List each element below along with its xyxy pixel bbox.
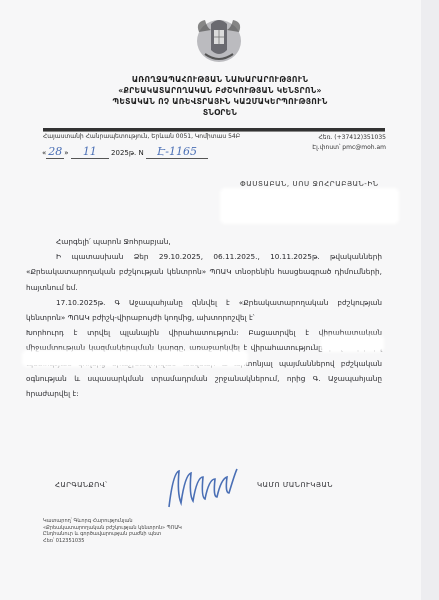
executor-position: Ընդհանուր և գործավարության բաժնի պետ [43,531,182,538]
ministry-name: ԱՌՈՂՋԱՊԱՀՈՒԹՅԱՆ ՆԱԽԱՐԱՐՈՒԹՅՈՒՆ [60,74,380,85]
signer-name: ԿԱՄՈ ՄԱՆՈՒԿՅԱՆ [257,481,333,489]
org-contacts: Հեռ. (+37412)351035 Էլ.փոստ՝ pmc@moh.am [300,133,386,153]
date-month: 11 [71,145,109,159]
org-email: Էլ.փոստ՝ pmc@moh.am [300,143,386,153]
redaction-box [322,337,382,350]
redaction-box [24,352,246,365]
org-type: ՊԵՏԱԿԱՆ ՈՉ ԱՌԵՎՏՐԱՅԻՆ ԿԱԶՄԱԿԵՐՊՈՒԹՅՈՒՆ [60,96,380,107]
executor-name: Կատարող՝ Գևորգ Հարությունյան [43,518,182,525]
scan-margin [421,0,439,600]
paragraph-diagnosis-a: 17.10.2025թ. Գ Աջապահյանը զննվել է «Քրեա… [26,295,382,325]
executor-info: Կատարող՝ Գևորգ Հարությունյան «Քրեակատարո… [43,518,182,544]
center-name: «ՔՐԵԱԿԱՏԱՐՈՂԱԿԱՆ ԲԺՇԿՈՒԹՅԱՆ ԿԵՆՏՐՈՆ» [60,85,380,96]
salutation: Հարգելի՛ պարոն Ջոհրաբյան, [26,234,382,249]
regards-label: ՀԱՐԳԱՆՔՈՎ՝ [55,481,107,489]
letterhead-title: ԱՌՈՂՋԱՊԱՀՈՒԹՅԱՆ ՆԱԽԱՐԱՐՈՒԹՅՈՒՆ «ՔՐԵԱԿԱՏԱ… [60,74,380,118]
coat-of-arms-icon [193,14,245,64]
paragraph-reply: Ի պատասխան Ձեր 29.10.2025, 06.11.2025., … [26,249,382,295]
date-day: 28 [46,145,64,159]
signature-block: ՀԱՐԳԱՆՔՈՎ՝ ԿԱՄՈ ՄԱՆՈՒԿՅԱՆ [55,473,385,513]
letterhead-divider [43,128,385,132]
date-number-line: «28» 11 2025թ. N Է-1165 [42,145,208,159]
executor-org: «Քրեակատարողական բժշկության կենտրոն» ՊՈԱ… [43,525,182,532]
date-year-label: 2025թ. N [111,149,144,157]
executor-phone: Հեռ՝ 012351035 [43,538,182,545]
letter-number: Է-1165 [146,145,208,159]
addressee: ՓԱՍՏԱԲԱՆ, ՍՈՍ ՋՈՀՐԱԲՅԱՆ-ԻՆ [240,180,379,188]
redaction-box [222,190,397,222]
letter-body: Հարգելի՛ պարոն Ջոհրաբյան, Ի պատասխան Ձեր… [26,234,382,401]
handwritten-signature-icon [163,463,243,513]
org-address: Հայաստանի Հանրապետություն, Երևան 0051, Կ… [43,133,240,140]
org-phone: Հեռ. (+37412)351035 [300,133,386,143]
director-title: ՏՆՕՐԵՆ [60,107,380,118]
